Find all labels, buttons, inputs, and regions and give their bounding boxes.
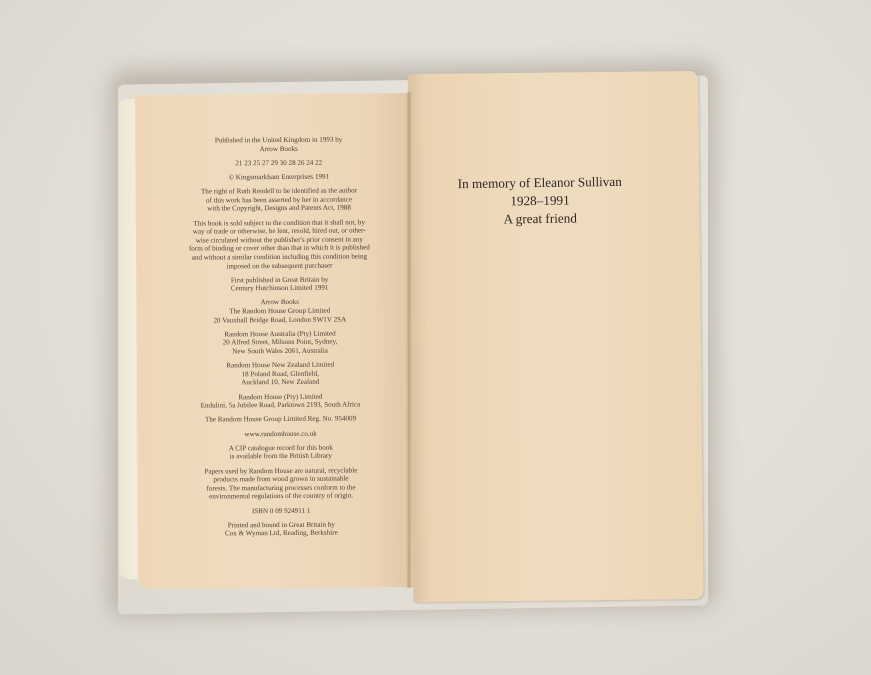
imprint-block: Random House New Zealand Limited18 Polan… bbox=[150, 360, 410, 388]
imprint-block: First published in Great Britain byCentu… bbox=[150, 275, 410, 294]
imprint-block: ISBN 0 09 924911 1 bbox=[151, 506, 411, 516]
dedication-line: In memory of Eleanor Sullivan bbox=[430, 172, 650, 193]
dedication: In memory of Eleanor Sullivan 1928–1991 … bbox=[430, 172, 651, 229]
imprint-block: The Random House Group Limited Reg. No. … bbox=[151, 414, 411, 424]
imprint-line: environmental regulations of the country… bbox=[151, 491, 411, 501]
imprint-line: New South Wales 2061, Australia bbox=[150, 346, 410, 356]
imprint-line: Endulini, 5a Jubilee Road, Parktown 2193… bbox=[150, 400, 410, 410]
imprint-block: Random House Australia (Pty) Limited20 A… bbox=[150, 329, 410, 357]
imprint-line: imposed on the subsequent purchaser bbox=[149, 261, 409, 271]
imprint-line: with the Copyright, Designs and Patents … bbox=[149, 203, 409, 213]
imprint-block: Published in the United Kingdom in 1993 … bbox=[149, 135, 409, 154]
imprint-text: Published in the United Kingdom in 1993 … bbox=[149, 135, 412, 544]
imprint-line: Auckland 10, New Zealand bbox=[150, 377, 410, 387]
imprint-block: © Kingsmarkham Enterprises 1991 bbox=[149, 172, 409, 182]
imprint-block: Papers used by Random House are natural,… bbox=[151, 466, 411, 502]
imprint-line: © Kingsmarkham Enterprises 1991 bbox=[149, 172, 409, 182]
imprint-block: www.randomhouse.co.uk bbox=[151, 429, 411, 439]
imprint-line: The Random House Group Limited Reg. No. … bbox=[151, 414, 411, 424]
imprint-line: ISBN 0 09 924911 1 bbox=[151, 506, 411, 516]
imprint-line: Cox & Wyman Ltd, Reading, Berkshire bbox=[151, 528, 411, 538]
imprint-block: Arrow BooksThe Random House Group Limite… bbox=[150, 298, 410, 326]
imprint-block: This book is sold subject to the conditi… bbox=[149, 218, 409, 271]
dedication-line: A great friend bbox=[430, 208, 650, 229]
imprint-line: www.randomhouse.co.uk bbox=[151, 429, 411, 439]
imprint-line: 20 Vauxhall Bridge Road, London SW1V 2SA bbox=[150, 315, 410, 325]
imprint-block: Random House (Pty) LimitedEndulini, 5a J… bbox=[150, 392, 410, 411]
imprint-block: Printed and bound in Great Britain byCox… bbox=[151, 520, 411, 539]
imprint-block: A CIP catalogue record for this bookis a… bbox=[151, 443, 411, 462]
right-page bbox=[408, 71, 704, 602]
imprint-block: 21 23 25 27 29 30 28 26 24 22 bbox=[149, 158, 409, 168]
imprint-line: Arrow Books bbox=[149, 144, 409, 154]
imprint-line: 21 23 25 27 29 30 28 26 24 22 bbox=[149, 158, 409, 168]
imprint-block: The right of Ruth Rendell to be identifi… bbox=[149, 186, 409, 214]
imprint-line: is available from the British Library bbox=[151, 451, 411, 461]
imprint-line: Century Hutchinson Limited 1991 bbox=[150, 283, 410, 293]
